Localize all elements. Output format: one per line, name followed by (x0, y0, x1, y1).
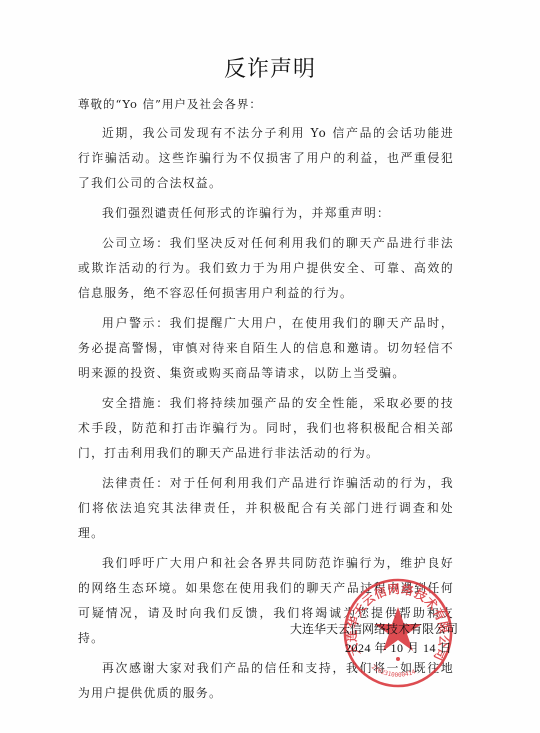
signature-company: 大连华天云信网络技术有限公司 (290, 620, 458, 637)
seal-number: 2102310000414 (370, 664, 417, 679)
signature-block: 大连华天云信网络技术有限公司 2024 年 10 月 14 日 (290, 620, 458, 656)
svg-text:2102310000414: 2102310000414 (370, 664, 417, 679)
paragraph-security-measures: 安全措施：我们将持续加强产品的安全性能，采取必要的技术手段，防范和打击诈骗行为。… (78, 391, 454, 466)
paragraph-legal-liability: 法律责任：对于任何利用我们产品进行诈骗活动的行为，我们将依法追究其法律责任，并积… (78, 471, 454, 546)
paragraph-intro: 近期，我公司发现有不法分子利用 Yo 信产品的会话功能进行诈骗活动。这些诈骗行为… (78, 121, 454, 196)
paragraph-user-warning: 用户警示：我们提醒广大用户，在使用我们的聊天产品时，务必提高警惕，审慎对待来自陌… (78, 311, 454, 386)
signature-date: 2024 年 10 月 14 日 (290, 639, 458, 656)
document-page: 反诈声明 尊敬的“Yo 信”用户及社会各界： 近期，我公司发现有不法分子利用 Y… (0, 0, 540, 733)
salutation: 尊敬的“Yo 信”用户及社会各界： (78, 96, 262, 112)
document-title: 反诈声明 (0, 52, 540, 83)
paragraph-company-stance: 公司立场：我们坚决反对任何利用我们的聊天产品进行非法或欺诈活动的行为。我们致力于… (78, 231, 454, 306)
paragraph-declaration: 我们强烈谴责任何形式的诈骗行为，并郑重声明： (78, 201, 454, 226)
